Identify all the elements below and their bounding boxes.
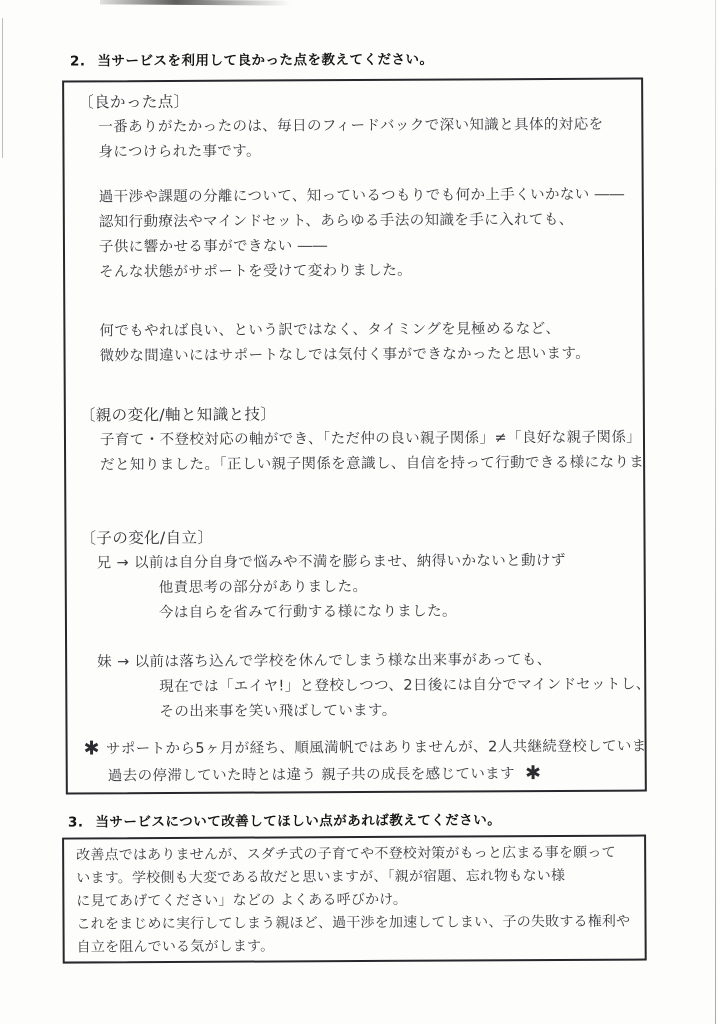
handwritten-line: 子供に響かせる事ができない ―― <box>65 233 642 261</box>
handwritten-line: 改善点ではありませんが、スダチ式の子育てや不登校対策がもっと広まる事を願って <box>64 842 644 868</box>
handwritten-line: だと知りました。「正しい親子関係を意識し、自信を持って行動できる様になりました。 <box>66 451 643 479</box>
handwritten-line: 今は自らを省みて行動する様になりました。 <box>67 599 644 627</box>
handwritten-line: に見てあげてください」などの よくある呼びかけ。 <box>64 888 644 914</box>
handwritten-line-brother: 兄 → 以前は自分自身で悩みや不満を膨らませ、納得いかないと動けず <box>67 549 644 577</box>
question-3-title: 当サービスについて改善してほしい点があれば教えてください。 <box>95 808 501 830</box>
handwritten-line: います。学校側も大変である故だと思いますが、「親が宿題、忘れ物もない様 <box>64 865 644 891</box>
handwritten-line: 何でもやれば良い、という訳ではなく、タイミングを見極めるなど、 <box>65 317 642 345</box>
footnote-line-1: ✱ サポートから5ヶ月が経ち、順風満帆ではありませんが、2人共継続登校しています… <box>68 733 645 763</box>
handwritten-line: 微妙な間違いにはサポートなしでは気付く事ができなかったと思います。 <box>65 342 642 370</box>
handwritten-line: 自立を阻んでいる気がします。 <box>65 934 645 960</box>
question-2-number: 2. <box>70 53 86 69</box>
asterisk-mark-icon: ✱ <box>525 761 541 786</box>
section-header-child-change: 〔子の変化/自立〕 <box>66 524 643 552</box>
answer-box-q3: 改善点ではありませんが、スダチ式の子育てや不登校対策がもっと広まる事を願って い… <box>62 835 647 964</box>
handwritten-line: 現在では「エイヤ!」と登校しつつ、2日後には自分でマインドセットし、 <box>67 673 644 701</box>
footnote-text: 過去の停滞していた時とは違う 親子共の成長を感じています <box>108 762 515 789</box>
answer-box-q2: 〔良かった点〕 一番ありがたかったのは、毎日のフィードバックで深い知識と具体的対… <box>62 78 647 795</box>
footnote-text: サポートから5ヶ月が経ち、順風満帆ではありませんが、2人共継続登校しています。 <box>106 734 647 762</box>
handwritten-line-sister: 妹 → 以前は落ち込んで学校を休んでしまう様な出来事があっても、 <box>67 648 644 676</box>
scanned-survey-page: 2. 当サービスを利用して良かった点を教えてください。 〔良かった点〕 一番あり… <box>0 0 718 1024</box>
section-header-good-points: 〔良かった点〕 <box>64 88 641 116</box>
handwritten-line: そんな状態がサポートを受けて変わりました。 <box>65 258 642 286</box>
section-header-parent-change: 〔親の変化/軸と知識と技〕 <box>66 401 643 429</box>
footnote-line-2: 過去の停滞していた時とは違う 親子共の成長を感じています ✱ <box>68 760 645 790</box>
handwritten-line: 認知行動療法やマインドセット、あらゆる手法の知識を手に入れても、 <box>65 208 642 236</box>
handwritten-line: 他責思考の部分がありました。 <box>67 574 644 602</box>
question-2-heading: 2. 当サービスを利用して良かった点を教えてください。 <box>70 46 718 69</box>
handwritten-line: 過干渉や課題の分離について、知っているつもりでも何か上手くいかない ―― <box>65 183 642 211</box>
handwritten-line: 一番ありがたかったのは、毎日のフィードバックで深い知識と具体的対応を <box>64 113 641 141</box>
handwritten-line: 子育て・不登校対応の軸ができ、「ただ仲の良い親子関係」≠「良好な親子関係」 <box>66 426 643 454</box>
question-2-title: 当サービスを利用して良かった点を教えてください。 <box>97 48 433 70</box>
handwritten-line: これをまじめに実行してしまう親ほど、過干渉を加速してしまい、子の失敗する権利や <box>64 911 644 937</box>
handwritten-line: その出来事を笑い飛ばしています。 <box>67 698 644 726</box>
asterisk-mark-icon: ✱ <box>84 736 100 761</box>
question-3-number: 3. <box>68 814 84 830</box>
handwritten-line: 身につけられた事です。 <box>64 138 641 166</box>
question-3-heading: 3. 当サービスについて改善してほしい点があれば教えてください。 <box>68 807 718 830</box>
page-content: 2. 当サービスを利用して良かった点を教えてください。 〔良かった点〕 一番あり… <box>0 0 718 964</box>
